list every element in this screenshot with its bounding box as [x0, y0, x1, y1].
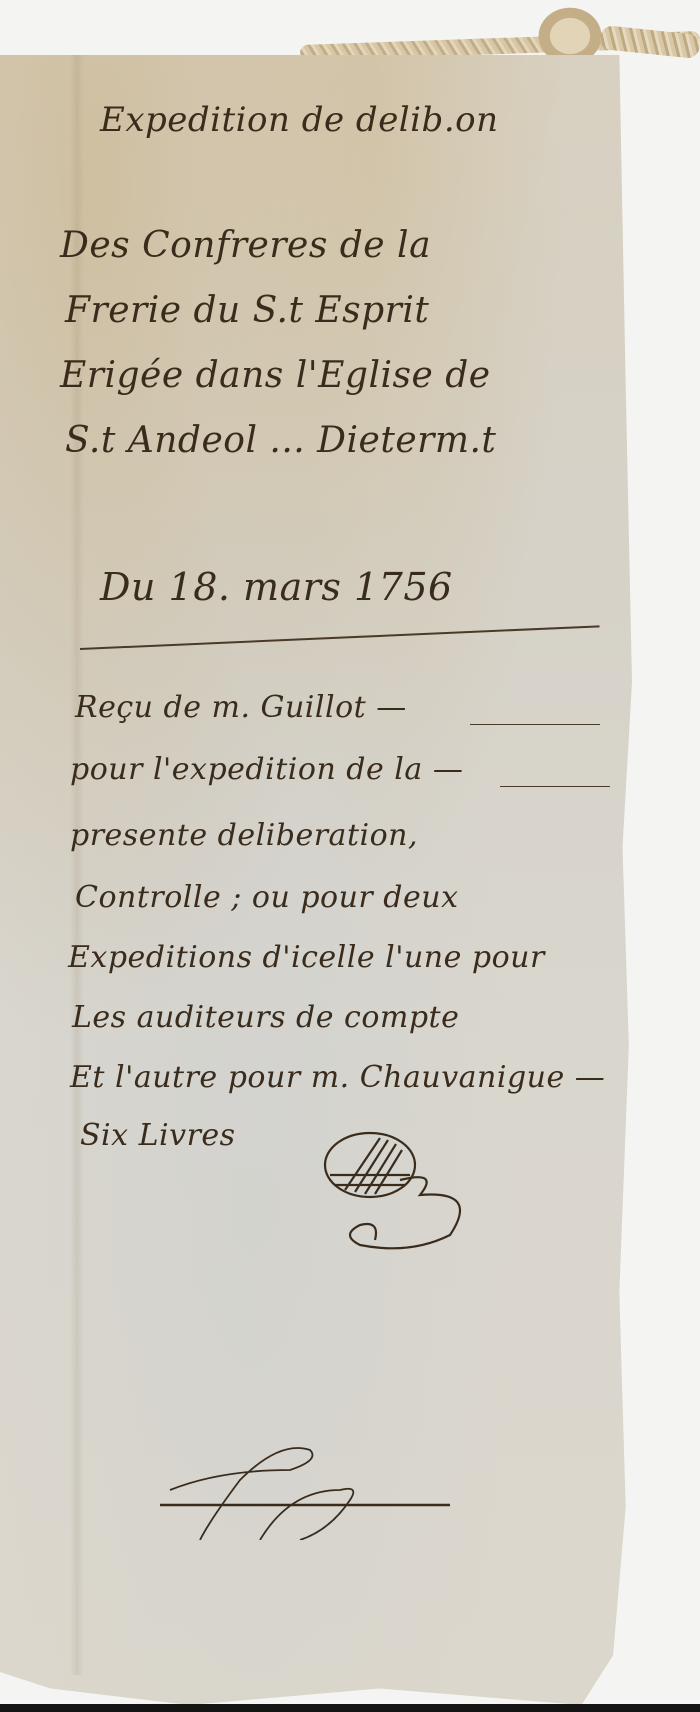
bottom-initial-mark — [160, 1430, 460, 1540]
heading-line-3: Frerie du S.t Esprit — [65, 290, 429, 331]
line-filler-dash — [470, 724, 600, 725]
scan-bottom-edge — [0, 1704, 700, 1712]
heading-line-5: S.t Andeol ... Dieterm.t — [65, 420, 496, 461]
heading-line-1: Expedition de delib.on — [100, 100, 499, 140]
body-line-6: Les auditeurs de compte — [72, 1000, 459, 1035]
body-line-1: Reçu de m. Guillot — — [75, 690, 407, 725]
body-line-5: Expeditions d'icelle l'une pour — [68, 940, 545, 975]
document-date: Du 18. mars 1756 — [100, 565, 453, 609]
body-line-3: presente deliberation, — [70, 818, 418, 853]
body-line-8: Six Livres — [80, 1118, 236, 1153]
body-line-7: Et l'autre pour m. Chauvanigue — — [70, 1060, 605, 1095]
heading-line-4: Erigée dans l'Eglise de — [60, 355, 491, 396]
heading-line-2: Des Confreres de la — [60, 225, 431, 266]
line-filler-dash — [500, 786, 610, 787]
body-line-2: pour l'expedition de la — — [70, 752, 463, 787]
cord-tail — [599, 25, 700, 59]
body-line-4: Controlle ; ou pour deux — [75, 880, 459, 915]
cord-knot — [530, 0, 610, 60]
signature-paraph — [300, 1120, 500, 1260]
